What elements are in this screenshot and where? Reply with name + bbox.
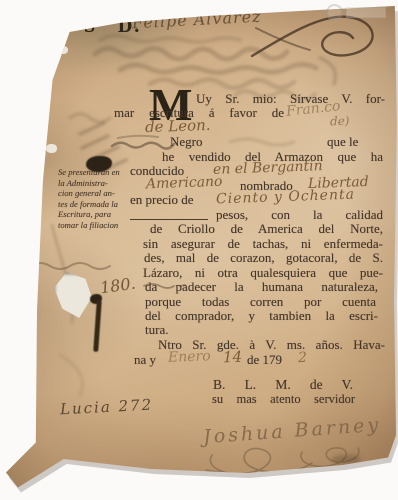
- stamp-smudge: [332, 455, 360, 464]
- squiggle-after-price: [144, 284, 185, 288]
- ink-flourish-top-loop: [252, 17, 373, 56]
- watermark-circle-icon: [326, 4, 343, 21]
- paper-nick: [58, 46, 68, 54]
- scanned-document-photo: SR.D. Felipe Alvarez Se presentarán en l…: [0, 0, 398, 500]
- paper: SR.D. Felipe Alvarez Se presentarán en l…: [0, 0, 398, 500]
- scribble-under-name: [118, 136, 158, 138]
- paper-nick: [46, 144, 57, 153]
- watermark-text-block: [346, 7, 386, 18]
- photo-watermark: [326, 4, 392, 22]
- strikethrough-scribble: [112, 143, 174, 149]
- ink-flourishes: [0, 0, 398, 500]
- squiggle-above-hole: [30, 263, 110, 269]
